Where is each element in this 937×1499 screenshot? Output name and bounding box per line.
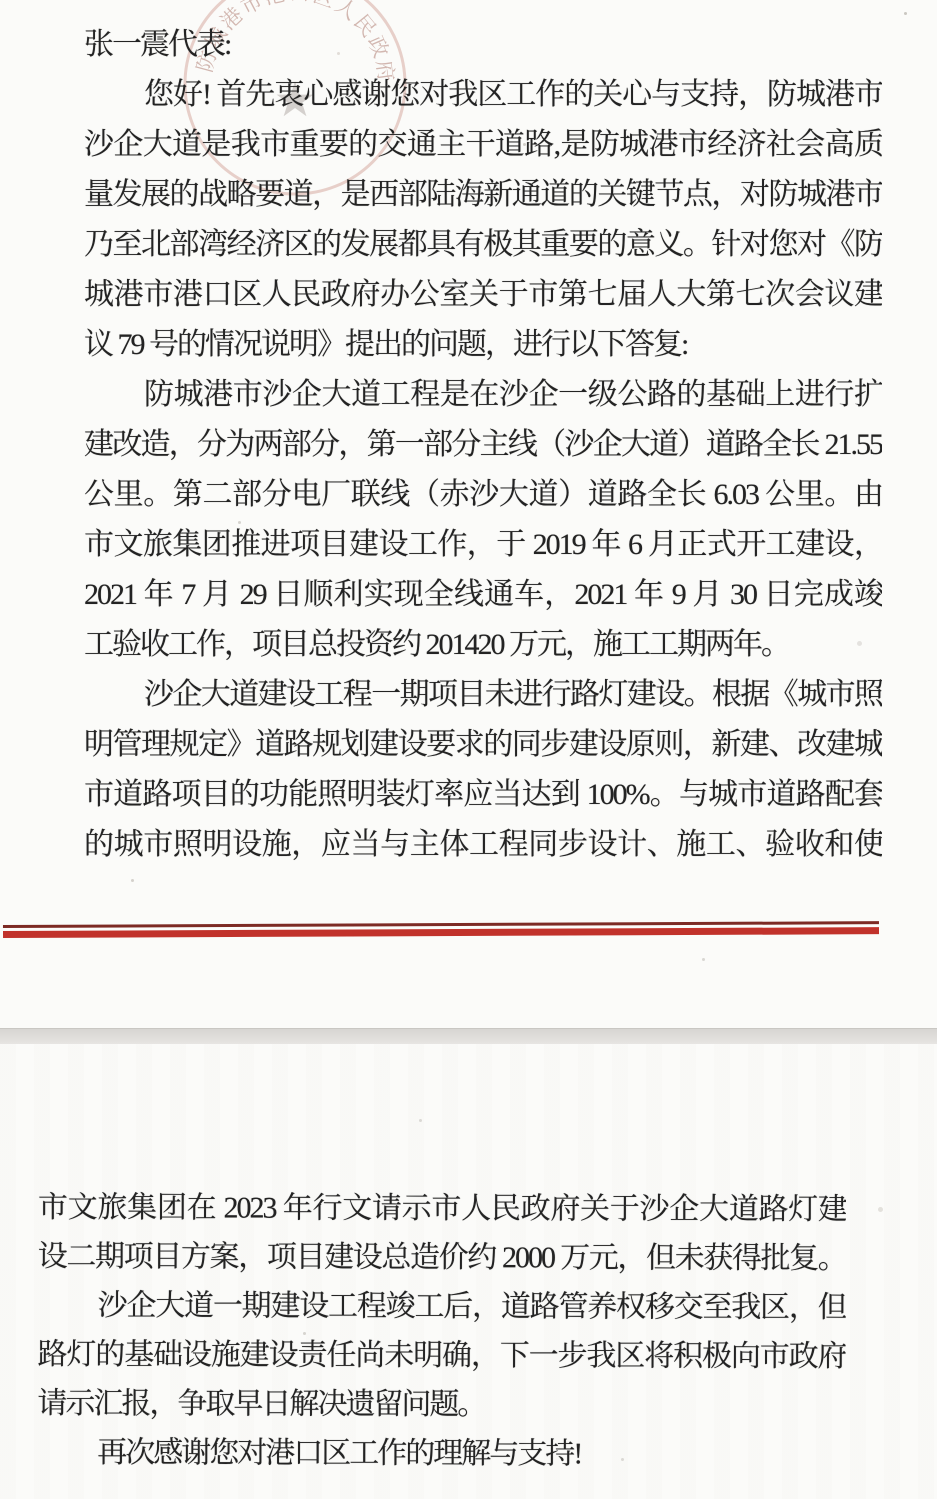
- divider-thick-line: [3, 927, 879, 938]
- page-1-text-block: 张一震代表:您好! 首先衷心感谢您对我区工作的关心与支持，防城港市沙企大道是我市…: [84, 20, 882, 870]
- document-line: 请示汇报，争取早日解决遗留问题。: [37, 1379, 845, 1430]
- document-line: 沙企大道建设工程一期项目未进行路灯建设。根据《城市照: [84, 670, 882, 720]
- document-line: 乃至北部湾经济区的发展都具有极其重要的意义。针对您对《防: [84, 220, 882, 270]
- document-line: 工验收工作，项目总投资约 201420 万元，施工工期两年。: [84, 620, 882, 670]
- document-line: 2021 年 7 月 29 日顺利实现全线通车，2021 年 9 月 30 日完…: [84, 570, 882, 620]
- document-line: 市文旅集团在 2023 年行文请示市人民政府关于沙企大道路灯建: [38, 1183, 846, 1234]
- document-line: 公里。第二部分电厂联线（赤沙大道）道路全长 6.03 公里。由: [84, 470, 882, 520]
- page-2-text-block: 市文旅集团在 2023 年行文请示市人民政府关于沙企大道路灯建设二期项目方案，项…: [37, 1183, 846, 1479]
- red-divider: [3, 921, 879, 938]
- document-line: 议 79 号的情况说明》提出的问题，进行以下答复:: [84, 320, 882, 370]
- scanned-document: 防城港市港口区人民政府 ★ 张一震代表:您好! 首先衷心感谢您对我区工作的关心与…: [0, 0, 937, 1499]
- document-line: 设二期项目方案，项目建设总造价约 2000 万元，但未获得批复。: [38, 1232, 846, 1283]
- document-line: 路灯的基础设施建设责任尚未明确，下一步我区将积极向市政府: [37, 1330, 845, 1381]
- document-line: 城港市港口区人民政府办公室关于市第七届人大第七次会议建: [84, 270, 882, 320]
- page-1: 防城港市港口区人民政府 ★ 张一震代表:您好! 首先衷心感谢您对我区工作的关心与…: [0, 0, 937, 1028]
- document-line: 您好! 首先衷心感谢您对我区工作的关心与支持，防城港市: [84, 70, 882, 120]
- page-separator-band: [0, 1028, 937, 1045]
- document-line: 防城港市沙企大道工程是在沙企一级公路的基础上进行扩: [84, 370, 882, 420]
- scan-noise: [0, 0, 3, 3]
- document-line: 市道路项目的功能照明装灯率应当达到 100%。与城市道路配套: [84, 770, 882, 820]
- document-line: 市文旅集团推进项目建设工作，于 2019 年 6 月正式开工建设，: [84, 520, 882, 570]
- document-line: 张一震代表:: [84, 20, 882, 70]
- document-line: 量发展的战略要道，是西部陆海新通道的关键节点，对防城港市: [84, 170, 882, 220]
- document-line: 明管理规定》道路规划建设要求的同步建设原则，新建、改建城: [84, 720, 882, 770]
- document-line: 的城市照明设施，应当与主体工程同步设计、施工、验收和使用。: [84, 820, 882, 870]
- document-line: 沙企大道一期建设工程竣工后，道路管养权移交至我区，但: [38, 1281, 846, 1332]
- document-line: 建改造，分为两部分，第一部分主线（沙企大道）道路全长 21.55: [84, 420, 882, 470]
- document-line: 沙企大道是我市重要的交通主干道路,是防城港市经济社会高质: [84, 120, 882, 170]
- document-line: 再次感谢您对港口区工作的理解与支持!: [37, 1428, 845, 1479]
